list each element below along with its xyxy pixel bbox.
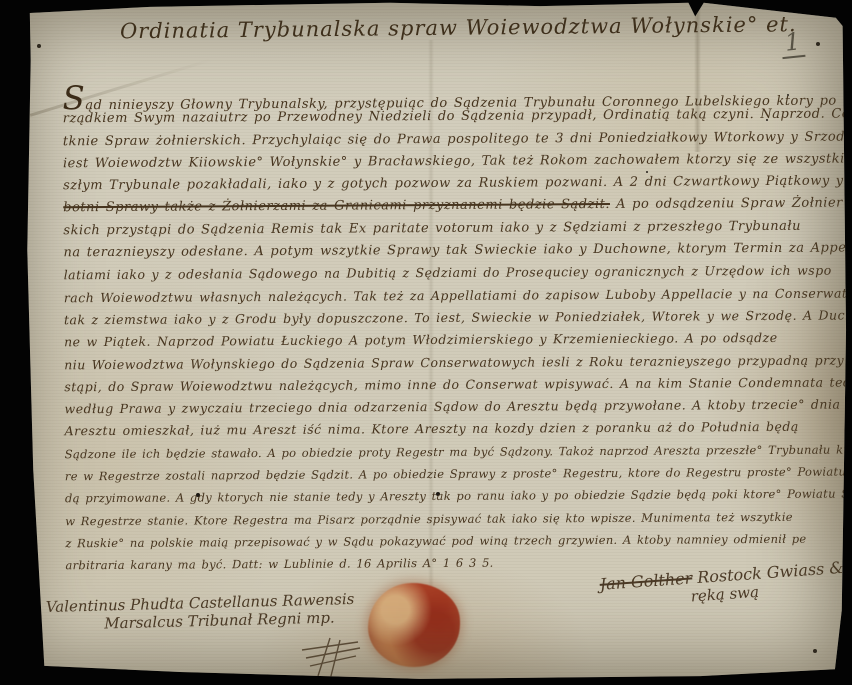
marshal-signature: Valentinus Phudta Castellanus Rawensis M… bbox=[46, 590, 355, 634]
struck-text: botni Sprawy także z Żołnierzami za Gran… bbox=[63, 197, 610, 215]
document-title: Ordinatia Trybunalska spraw Woiewodztwa … bbox=[120, 13, 740, 43]
manuscript-paper: 1 Ordinatia Trybunalska spraw Woiewodztw… bbox=[0, 0, 852, 685]
manuscript-body: Sąd ninieyszy Głowny Trybunalsky, przyst… bbox=[63, 82, 814, 577]
photo-background: 1 Ordinatia Trybunalska spraw Woiewodztw… bbox=[0, 0, 852, 685]
ink-specks bbox=[37, 44, 41, 48]
pen-flourish-icon bbox=[300, 636, 364, 684]
red-wax-seal bbox=[368, 583, 460, 667]
